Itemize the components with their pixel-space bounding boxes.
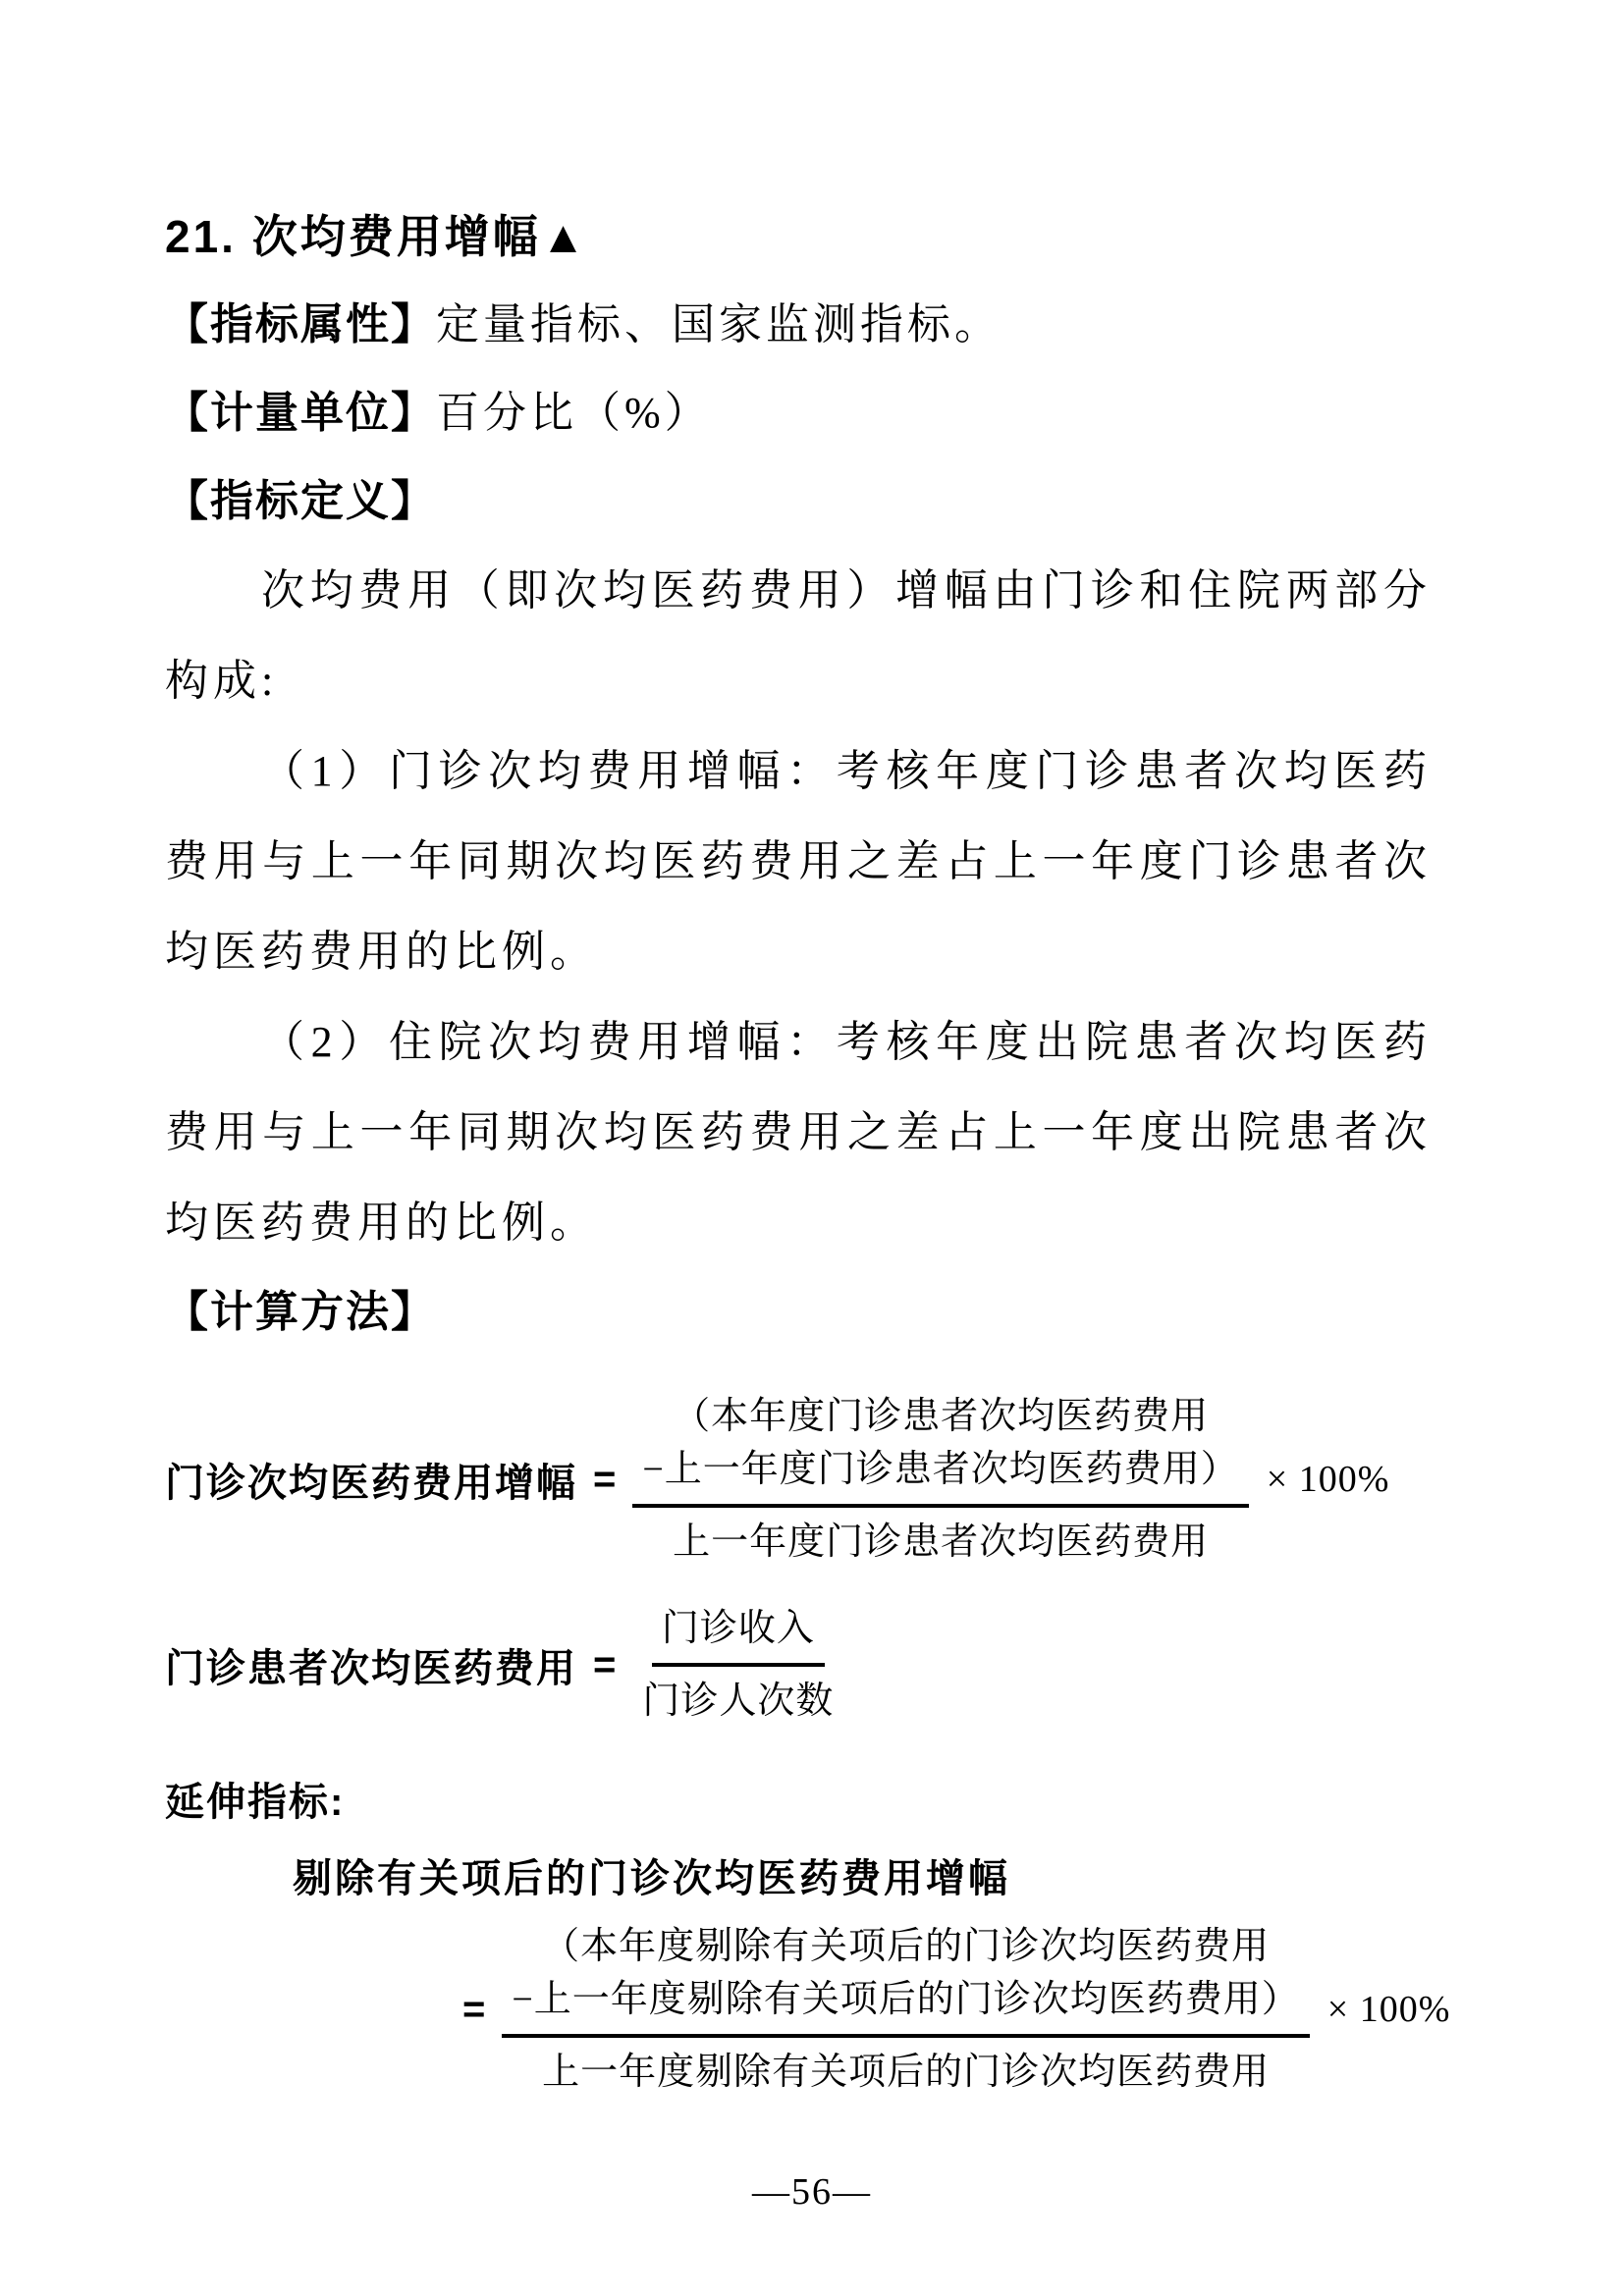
equals-sign: = bbox=[593, 1458, 617, 1502]
indicator-attribute-line: 【指标属性】定量指标、国家监测指标。 bbox=[165, 281, 1432, 369]
formula-outpatient-growth: 门诊次均医药费用增幅 = （本年度门诊患者次均医药费用 −上一年度门诊患者次均医… bbox=[165, 1390, 1432, 1569]
formula-extended-fraction: （本年度剔除有关项后的门诊次均医药费用 −上一年度剔除有关项后的门诊次均医药费用… bbox=[502, 1920, 1309, 2099]
numerator-line-1: （本年度剔除有关项后的门诊次均医药费用 bbox=[512, 1920, 1299, 1973]
fraction-denominator: 上一年度门诊患者次均医药费用 bbox=[663, 1508, 1218, 1569]
method-label: 【计算方法】 bbox=[165, 1288, 436, 1336]
numerator-line-1: （本年度门诊患者次均医药费用 bbox=[642, 1390, 1238, 1443]
page-number: —56— bbox=[0, 2170, 1624, 2214]
unit-value: 百分比（%） bbox=[436, 389, 712, 437]
numerator-line-2: −上一年度门诊患者次均医药费用） bbox=[642, 1443, 1238, 1496]
indicator-attribute-value: 定量指标、国家监测指标。 bbox=[436, 300, 1001, 348]
fraction-denominator: 门诊人次数 bbox=[632, 1667, 843, 1728]
definition-paragraph-outpatient: （1）门诊次均费用增幅：考核年度门诊患者次均医药费用与上一年同期次均医药费用之差… bbox=[165, 726, 1432, 997]
formula-outpatient-avg-cost: 门诊患者次均医药费用 = 门诊收入 门诊人次数 bbox=[165, 1602, 1432, 1728]
document-page: 21. 次均费用增幅▲ 【指标属性】定量指标、国家监测指标。 【计量单位】百分比… bbox=[0, 0, 1624, 2296]
formula-outpatient-avg-cost-lhs: 门诊患者次均医药费用 bbox=[165, 1637, 577, 1693]
indicator-attribute-label: 【指标属性】 bbox=[165, 300, 436, 348]
definition-label: 【指标定义】 bbox=[165, 477, 436, 525]
equals-sign: = bbox=[593, 1643, 617, 1687]
page-title: 21. 次均费用增幅▲ bbox=[165, 192, 1432, 281]
equals-sign: = bbox=[462, 1988, 486, 2032]
fraction-numerator: 门诊收入 bbox=[652, 1602, 825, 1667]
numerator-line-1: 门诊收入 bbox=[662, 1602, 815, 1655]
formula-outpatient-avg-cost-fraction: 门诊收入 门诊人次数 bbox=[632, 1602, 843, 1728]
fraction-numerator: （本年度剔除有关项后的门诊次均医药费用 −上一年度剔除有关项后的门诊次均医药费用… bbox=[502, 1920, 1309, 2038]
multiplier-100-percent: × 100% bbox=[1267, 1458, 1390, 1501]
definition-paragraph-intro: 次均费用（即次均医药费用）增幅由门诊和住院两部分构成: bbox=[165, 546, 1432, 726]
formula-extended-growth: = （本年度剔除有关项后的门诊次均医药费用 −上一年度剔除有关项后的门诊次均医药… bbox=[447, 1920, 1432, 2099]
multiplier-100-percent: × 100% bbox=[1327, 1988, 1451, 2031]
unit-line: 【计量单位】百分比（%） bbox=[165, 369, 1432, 457]
fraction-denominator: 上一年度剔除有关项后的门诊次均医药费用 bbox=[532, 2038, 1279, 2099]
definition-heading: 【指标定义】 bbox=[165, 457, 1432, 546]
fraction-numerator: （本年度门诊患者次均医药费用 −上一年度门诊患者次均医药费用） bbox=[632, 1390, 1248, 1508]
numerator-line-2: −上一年度剔除有关项后的门诊次均医药费用） bbox=[512, 1973, 1299, 2026]
formula-outpatient-growth-fraction: （本年度门诊患者次均医药费用 −上一年度门诊患者次均医药费用） 上一年度门诊患者… bbox=[632, 1390, 1248, 1569]
method-heading: 【计算方法】 bbox=[165, 1268, 1432, 1357]
extended-indicator-heading: 延伸指标: bbox=[165, 1773, 1432, 1832]
unit-label: 【计量单位】 bbox=[165, 389, 436, 437]
extended-indicator-subheading: 剔除有关项后的门诊次均医药费用增幅 bbox=[293, 1849, 1432, 1908]
definition-paragraph-inpatient: （2）住院次均费用增幅：考核年度出院患者次均医药费用与上一年同期次均医药费用之差… bbox=[165, 997, 1432, 1268]
formula-outpatient-growth-lhs: 门诊次均医药费用增幅 bbox=[165, 1452, 577, 1508]
